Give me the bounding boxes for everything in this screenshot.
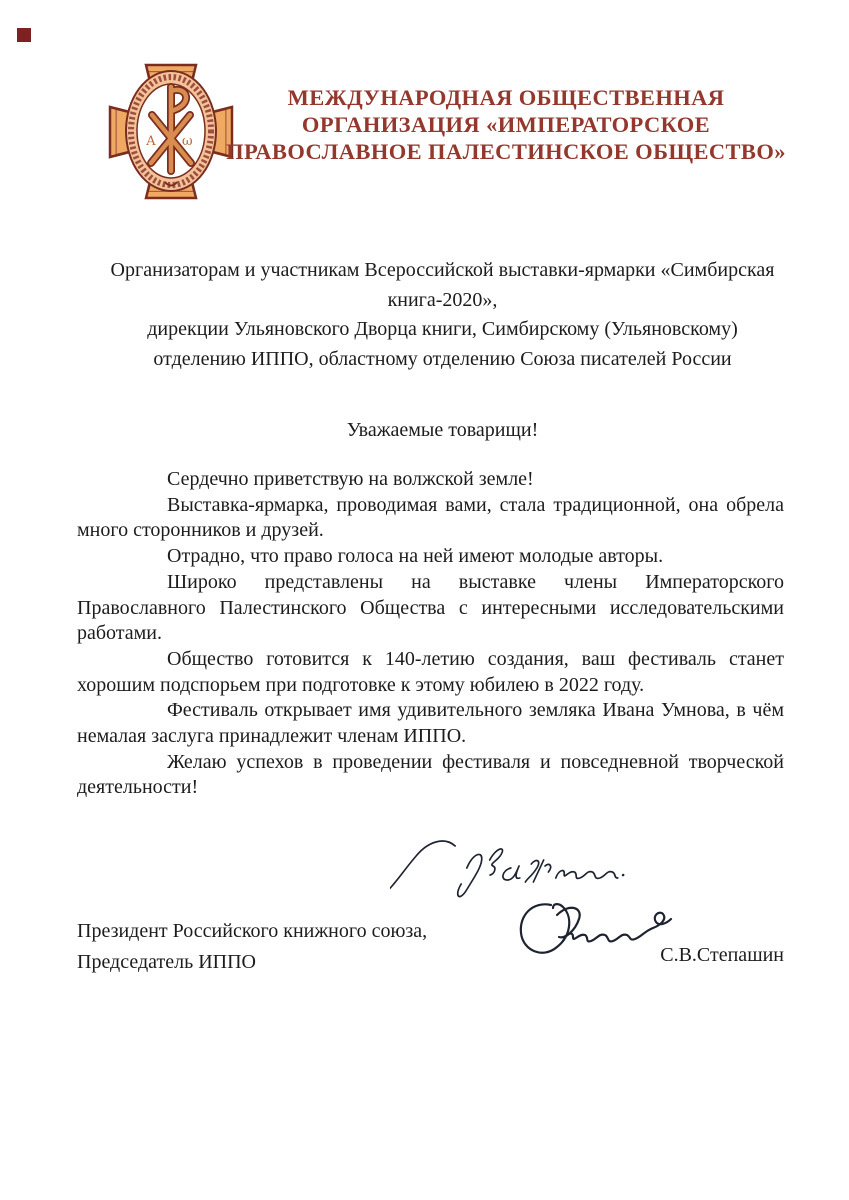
- paragraph: Фестиваль открывает имя удивительного зе…: [77, 698, 784, 749]
- addressee-block: Организаторам и участникам Всероссийской…: [85, 256, 800, 374]
- paragraph: Сердечно приветствую на волжской земле!: [77, 467, 784, 493]
- salutation: Уважаемые товарищи!: [85, 419, 800, 442]
- alpha-letter: А: [146, 134, 156, 149]
- addressee-line: отделению ИППО, областному отделению Сою…: [85, 345, 800, 375]
- paragraph: Широко представлены на выставке члены Им…: [77, 570, 784, 647]
- handwritten-regards: [390, 838, 630, 900]
- org-name-line: ПРАВОСЛАВНОЕ ПАЛЕСТИНСКОЕ ОБЩЕСТВО»: [226, 138, 786, 165]
- credential-line: Президент Российского книжного союза,: [77, 916, 577, 947]
- ippo-emblem-logo: А ω: [106, 61, 237, 202]
- org-name-line: ОРГАНИЗАЦИЯ «ИМПЕРАТОРСКОЕ: [226, 111, 786, 138]
- paragraph: Отрадно, что право голоса на ней имеют м…: [77, 544, 784, 570]
- letter-body: Сердечно приветствую на волжской земле! …: [77, 467, 784, 801]
- omega-letter: ω: [182, 134, 193, 149]
- organization-name: МЕЖДУНАРОДНАЯ ОБЩЕСТВЕННАЯ ОРГАНИЗАЦИЯ «…: [226, 84, 786, 165]
- addressee-line: Организаторам и участникам Всероссийской…: [85, 256, 800, 286]
- paragraph: Желаю успехов в проведении фестиваля и п…: [77, 750, 784, 801]
- addressee-line: дирекции Ульяновского Дворца книги, Симб…: [85, 315, 800, 345]
- paragraph: Выставка-ярмарка, проводимая вами, стала…: [77, 493, 784, 544]
- paragraph: Общество готовится к 140-летию создания,…: [77, 647, 784, 698]
- corner-mark: [17, 28, 31, 42]
- addressee-line: книга-2020»,: [85, 286, 800, 316]
- letter-page: А ω МЕЖДУНАРОДНАЯ ОБЩЕСТВЕННАЯ ОРГАНИЗАЦ…: [0, 0, 849, 1200]
- signatory-name: С.В.Степашин: [77, 944, 784, 967]
- org-name-line: МЕЖДУНАРОДНАЯ ОБЩЕСТВЕННАЯ: [226, 84, 786, 111]
